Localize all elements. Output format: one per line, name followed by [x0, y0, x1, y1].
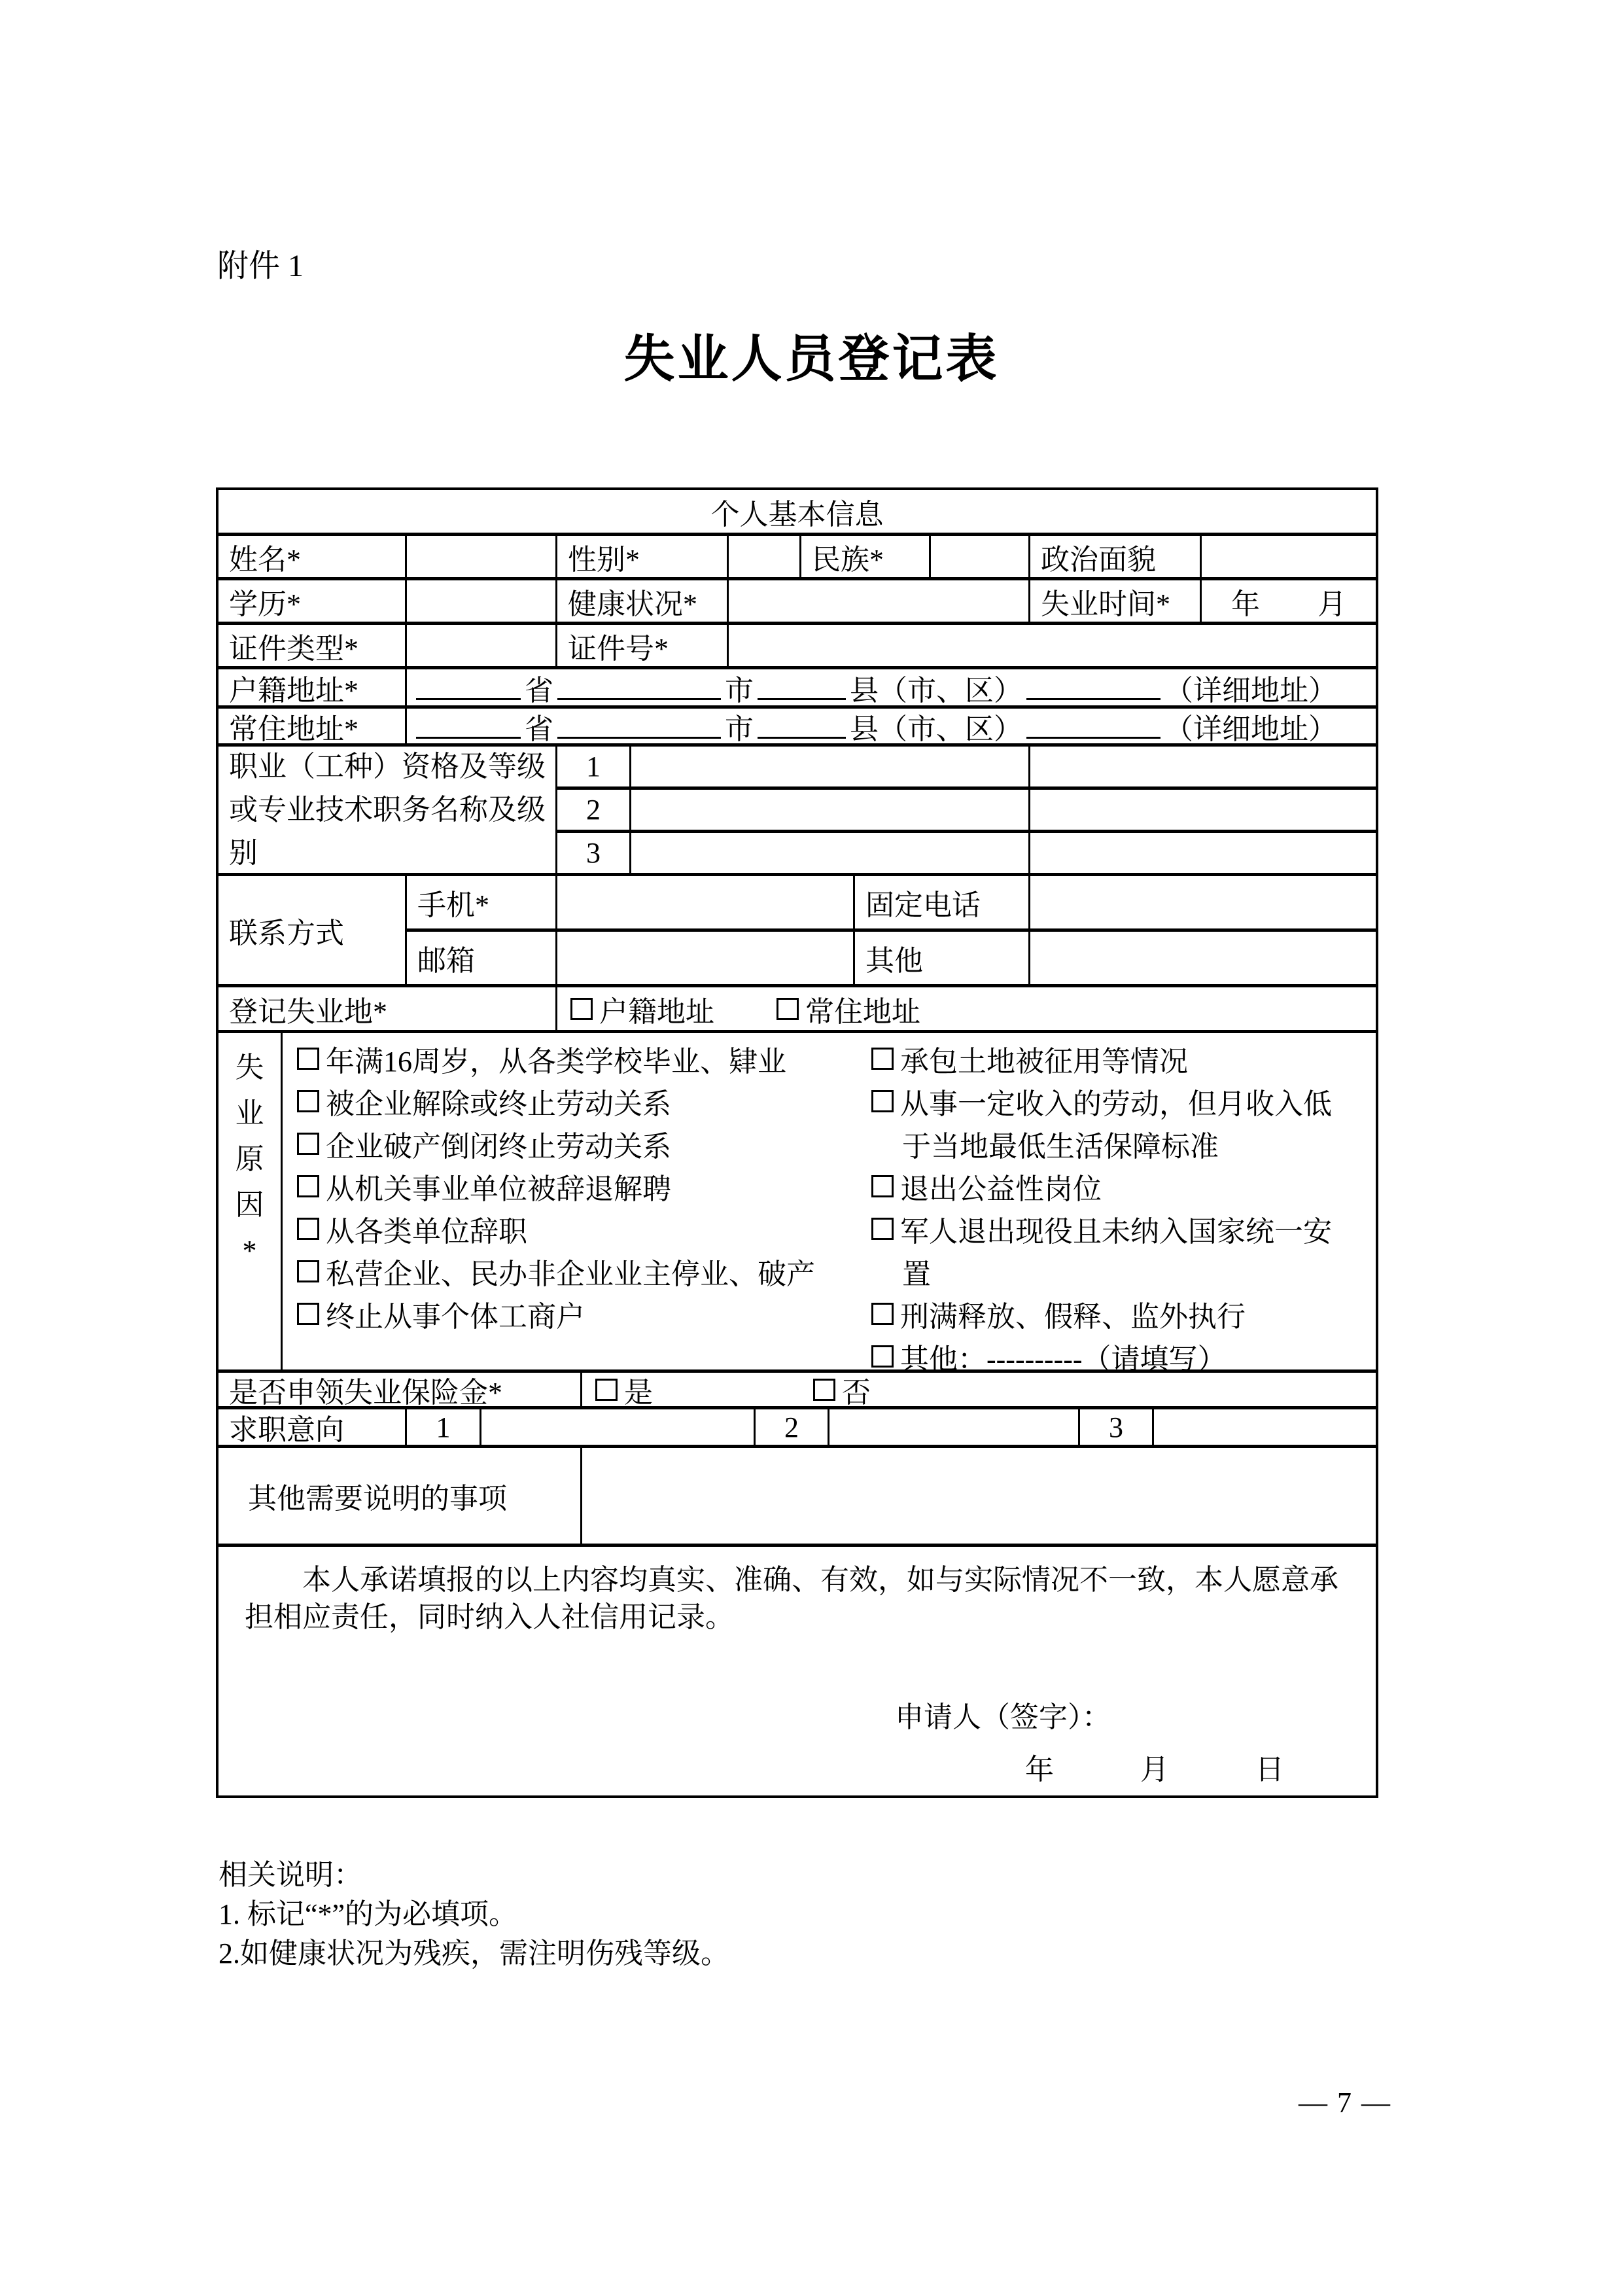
unemployment-reason-row: 失 业 原 因 * 年满16周岁，从各类学校毕业、肄业 被企业解除或终止劳动关系… — [218, 1033, 1376, 1373]
occupation-subrow-1: 1 — [557, 747, 1376, 790]
option-label: 从机关事业单位被辞退解聘 — [326, 1165, 671, 1207]
name-input-cell[interactable] — [407, 536, 557, 577]
address-template: 省市县（市、区）（详细地址） — [407, 669, 1337, 705]
option-label: 年满16周岁，从各类学校毕业、肄业 — [326, 1038, 786, 1080]
unemployment-time-input-cell[interactable]: 年 月 — [1202, 580, 1376, 622]
registration-place-row: 登记失业地* 户籍地址 常住地址 — [218, 987, 1376, 1033]
other-matters-label: 其他需要说明的事项 — [218, 1448, 582, 1544]
checkbox-icon[interactable] — [871, 1048, 894, 1070]
contact-subrow-2: 邮箱 其他 — [407, 932, 1376, 984]
occupation-input-1a[interactable] — [631, 747, 1030, 786]
job-intention-input-2[interactable] — [829, 1409, 1080, 1445]
job-intention-row: 求职意向 1 2 3 — [218, 1409, 1376, 1448]
reason-label-char: 因 — [218, 1182, 281, 1228]
occupation-row: 职业（工种）资格及等级或专业技术职务名称及级别 1 2 3 — [218, 747, 1376, 876]
registered-address-input-cell[interactable]: 省市县（市、区）（详细地址） — [407, 669, 1376, 705]
checkbox-icon[interactable] — [570, 998, 593, 1020]
option-label: 常住地址 — [805, 988, 920, 1030]
checkbox-icon[interactable] — [297, 1175, 319, 1197]
reason-option[interactable]: 刑满释放、假释、监外执行 — [871, 1292, 1376, 1335]
insurance-option-no[interactable]: 否 — [813, 1373, 871, 1406]
job-intention-input-3[interactable] — [1154, 1409, 1376, 1445]
health-label: 健康状况* — [557, 580, 729, 622]
reason-option[interactable]: 其他：----------（请填写） — [871, 1335, 1376, 1369]
county-suffix: 县（市、区） — [850, 713, 1022, 744]
insurance-row: 是否申领失业保险金* 是 否 — [218, 1373, 1376, 1409]
other-matters-input-cell[interactable] — [582, 1448, 1376, 1544]
mobile-label: 手机* — [407, 876, 557, 928]
job-intention-label: 求职意向 — [218, 1409, 407, 1445]
option-label: 军人退出现役且未纳入国家统一安 — [900, 1208, 1332, 1250]
checkbox-icon[interactable] — [297, 1090, 319, 1112]
education-input-cell[interactable] — [407, 580, 557, 622]
email-label: 邮箱 — [407, 932, 557, 984]
section-header-row: 个人基本信息 — [218, 490, 1376, 536]
residence-address-label: 常住地址* — [218, 709, 407, 743]
occupation-num-3: 3 — [557, 833, 631, 873]
option-label: 承包土地被征用等情况 — [900, 1038, 1188, 1080]
contact-subgrid: 手机* 固定电话 邮箱 其他 — [407, 876, 1376, 984]
job-intention-num-3: 3 — [1080, 1409, 1154, 1445]
reason-option[interactable]: 军人退出现役且未纳入国家统一安 — [871, 1207, 1376, 1250]
option-label: 户籍地址 — [599, 988, 714, 1030]
reason-options-right-column: 承包土地被征用等情况 从事一定收入的劳动，但月收入低 于当地最低生活保障标准 退… — [871, 1033, 1376, 1369]
id-number-input-cell[interactable] — [729, 625, 1376, 666]
education-label: 学历* — [218, 580, 407, 622]
reason-option[interactable]: 被企业解除或终止劳动关系 — [297, 1080, 871, 1122]
insurance-label: 是否申领失业保险金* — [218, 1373, 582, 1406]
id-type-input-cell[interactable] — [407, 625, 557, 666]
registration-place-option-hukou[interactable]: 户籍地址 — [557, 987, 714, 1030]
registration-form-table: 个人基本信息 姓名* 性别* 民族* 政治面貌 学历* 健康状况* 失业时间* … — [216, 487, 1378, 1798]
option-label: 私营企业、民办非企业业主停业、破产 — [326, 1250, 815, 1292]
checkbox-icon[interactable] — [297, 1303, 319, 1325]
notes-title: 相关说明： — [218, 1856, 729, 1895]
reason-option[interactable]: 从各类单位辞职 — [297, 1207, 871, 1250]
occupation-input-1b[interactable] — [1030, 747, 1376, 786]
option-label: 其他：----------（请填写） — [900, 1335, 1227, 1370]
checkbox-icon[interactable] — [871, 1175, 894, 1197]
email-input-cell[interactable] — [557, 932, 855, 984]
checkbox-icon[interactable] — [297, 1218, 319, 1240]
checkbox-icon[interactable] — [871, 1303, 894, 1325]
section-header: 个人基本信息 — [218, 490, 1376, 533]
blank-line[interactable] — [758, 713, 846, 739]
occupation-input-3b[interactable] — [1030, 833, 1376, 873]
date-line[interactable]: 年 月 日 — [245, 1746, 1350, 1788]
registration-place-options: 户籍地址 常住地址 — [557, 987, 1376, 1030]
option-label: 刑满释放、假释、监外执行 — [900, 1293, 1246, 1335]
reason-option-continuation: 于当地最低生活保障标准 — [871, 1122, 1376, 1165]
gender-input-cell[interactable] — [729, 536, 801, 577]
reason-label-char: 原 — [218, 1137, 281, 1182]
document-page: 附件 1 失业人员登记表 个人基本信息 姓名* 性别* 民族* 政治面貌 学历*… — [0, 0, 1623, 2296]
job-intention-input-1[interactable] — [481, 1409, 756, 1445]
page-title: 失业人员登记表 — [0, 318, 1623, 391]
mobile-input-cell[interactable] — [557, 876, 855, 928]
option-label: 被企业解除或终止劳动关系 — [326, 1080, 671, 1122]
blank-line[interactable] — [416, 713, 521, 739]
job-intention-num-2: 2 — [756, 1409, 829, 1445]
checkbox-icon[interactable] — [595, 1379, 618, 1401]
contact-other-input-cell[interactable] — [1030, 932, 1376, 984]
blank-line[interactable] — [1026, 713, 1161, 739]
blank-line[interactable] — [758, 675, 846, 700]
reason-options-cell: 年满16周岁，从各类学校毕业、肄业 被企业解除或终止劳动关系 企业破产倒闭终止劳… — [283, 1033, 1376, 1369]
contact-label: 联系方式 — [218, 876, 407, 984]
option-label: 从事一定收入的劳动，但月收入低 — [900, 1080, 1332, 1122]
blank-line[interactable] — [557, 713, 721, 739]
signature-label[interactable]: 申请人（签字）： — [245, 1693, 1350, 1735]
registration-place-option-residence[interactable]: 常住地址 — [777, 987, 920, 1030]
registration-place-label: 登记失业地* — [218, 987, 557, 1030]
reason-option[interactable]: 从机关事业单位被辞退解聘 — [297, 1165, 871, 1207]
checkbox-icon[interactable] — [871, 1218, 894, 1240]
reason-option[interactable]: 企业破产倒闭终止劳动关系 — [297, 1122, 871, 1165]
checkbox-icon[interactable] — [297, 1260, 319, 1282]
declaration-row: 本人承诺填报的以上内容均真实、准确、有效，如与实际情况不一致，本人愿意承担相应责… — [218, 1547, 1376, 1795]
option-label: 企业破产倒闭终止劳动关系 — [326, 1123, 671, 1165]
occupation-label-cell: 职业（工种）资格及等级或专业技术职务名称及级别 — [218, 747, 557, 873]
occupation-label: 职业（工种）资格及等级或专业技术职务名称及级别 — [218, 747, 555, 873]
note-item-1: 1. 标记“*”的为必填项。 — [218, 1895, 729, 1934]
option-label: 终止从事个体工商户 — [326, 1293, 585, 1335]
note-item-2: 2.如健康状况为残疾，需注明伤残等级。 — [218, 1934, 729, 1973]
option-label: 置 — [902, 1250, 931, 1292]
ethnicity-label: 民族* — [801, 536, 931, 577]
id-number-label: 证件号* — [557, 625, 729, 666]
insurance-options: 是 否 — [582, 1373, 1376, 1406]
occupation-subgrid: 1 2 3 — [557, 747, 1376, 873]
other-matters-row: 其他需要说明的事项 — [218, 1448, 1376, 1547]
name-label: 姓名* — [218, 536, 407, 577]
residence-address-input-cell[interactable]: 省市县（市、区）（详细地址） — [407, 709, 1376, 743]
county-suffix: 县（市、区） — [850, 675, 1022, 706]
checkbox-icon[interactable] — [871, 1345, 894, 1368]
insurance-option-yes[interactable]: 是 — [582, 1373, 653, 1406]
reason-option[interactable]: 从事一定收入的劳动，但月收入低 — [871, 1080, 1376, 1122]
landline-label: 固定电话 — [855, 876, 1030, 928]
blank-line[interactable] — [557, 675, 721, 700]
occupation-subrow-3: 3 — [557, 833, 1376, 873]
contact-subrow-1: 手机* 固定电话 — [407, 876, 1376, 932]
province-suffix: 省 — [525, 713, 553, 744]
page-number: — 7 — — [1299, 2086, 1391, 2119]
reason-option[interactable]: 私营企业、民办非企业业主停业、破产 — [297, 1250, 871, 1292]
occupation-subrow-2: 2 — [557, 790, 1376, 833]
reason-option[interactable]: 终止从事个体工商户 — [297, 1292, 871, 1335]
job-intention-num-1: 1 — [407, 1409, 481, 1445]
occupation-input-3a[interactable] — [631, 833, 1030, 873]
city-suffix: 市 — [725, 675, 754, 706]
reason-option[interactable]: 年满16周岁，从各类学校毕业、肄业 — [297, 1037, 871, 1080]
occupation-input-2b[interactable] — [1030, 790, 1376, 830]
reason-option[interactable]: 退出公益性岗位 — [871, 1165, 1376, 1207]
declaration-cell: 本人承诺填报的以上内容均真实、准确、有效，如与实际情况不一致，本人愿意承担相应责… — [218, 1547, 1376, 1795]
reason-label-char: 业 — [218, 1091, 281, 1137]
option-label: 退出公益性岗位 — [900, 1165, 1102, 1207]
reason-label-char: * — [218, 1228, 281, 1274]
basic-row-3: 证件类型* 证件号* — [218, 625, 1376, 669]
ethnicity-input-cell[interactable] — [931, 536, 1030, 577]
id-type-label: 证件类型* — [218, 625, 407, 666]
city-suffix: 市 — [725, 713, 754, 744]
detail-suffix: （详细地址） — [1164, 713, 1337, 744]
political-status-input-cell[interactable] — [1202, 536, 1376, 577]
checkbox-icon[interactable] — [297, 1133, 319, 1155]
contact-other-label: 其他 — [855, 932, 1030, 984]
blank-line[interactable] — [416, 675, 521, 700]
reason-label-char: 失 — [218, 1045, 281, 1091]
option-label: 于当地最低生活保障标准 — [902, 1123, 1219, 1165]
option-label: 否 — [842, 1373, 871, 1406]
landline-input-cell[interactable] — [1030, 876, 1376, 928]
option-label: 从各类单位辞职 — [326, 1208, 527, 1250]
checkbox-icon[interactable] — [871, 1090, 894, 1112]
checkbox-icon[interactable] — [813, 1379, 835, 1401]
blank-line[interactable] — [1026, 675, 1161, 700]
political-status-label: 政治面貌 — [1030, 536, 1202, 577]
detail-suffix: （详细地址） — [1164, 675, 1337, 706]
unemployment-time-label: 失业时间* — [1030, 580, 1202, 622]
attachment-label: 附件 1 — [217, 247, 304, 285]
checkbox-icon[interactable] — [297, 1048, 319, 1070]
option-label: 是 — [624, 1373, 653, 1406]
address-template: 省市县（市、区）（详细地址） — [407, 709, 1337, 743]
notes-block: 相关说明： 1. 标记“*”的为必填项。 2.如健康状况为残疾，需注明伤残等级。 — [218, 1856, 729, 1973]
contact-row: 联系方式 手机* 固定电话 邮箱 其他 — [218, 876, 1376, 987]
basic-row-2: 学历* 健康状况* 失业时间* 年 月 — [218, 580, 1376, 625]
reason-label-cell: 失 业 原 因 * — [218, 1033, 283, 1369]
basic-row-1: 姓名* 性别* 民族* 政治面貌 — [218, 536, 1376, 580]
registered-address-label: 户籍地址* — [218, 669, 407, 705]
province-suffix: 省 — [525, 675, 553, 706]
registered-address-row: 户籍地址* 省市县（市、区）（详细地址） — [218, 669, 1376, 709]
reason-option-continuation: 置 — [871, 1250, 1376, 1292]
reason-option[interactable]: 承包土地被征用等情况 — [871, 1037, 1376, 1080]
health-input-cell[interactable] — [729, 580, 1030, 622]
residence-address-row: 常住地址* 省市县（市、区）（详细地址） — [218, 709, 1376, 747]
reason-options-left-column: 年满16周岁，从各类学校毕业、肄业 被企业解除或终止劳动关系 企业破产倒闭终止劳… — [283, 1033, 871, 1335]
gender-label: 性别* — [557, 536, 729, 577]
declaration-text: 本人承诺填报的以上内容均真实、准确、有效，如与实际情况不一致，本人愿意承担相应责… — [245, 1561, 1350, 1636]
checkbox-icon[interactable] — [777, 998, 799, 1020]
occupation-num-1: 1 — [557, 747, 631, 786]
occupation-num-2: 2 — [557, 790, 631, 830]
occupation-input-2a[interactable] — [631, 790, 1030, 830]
